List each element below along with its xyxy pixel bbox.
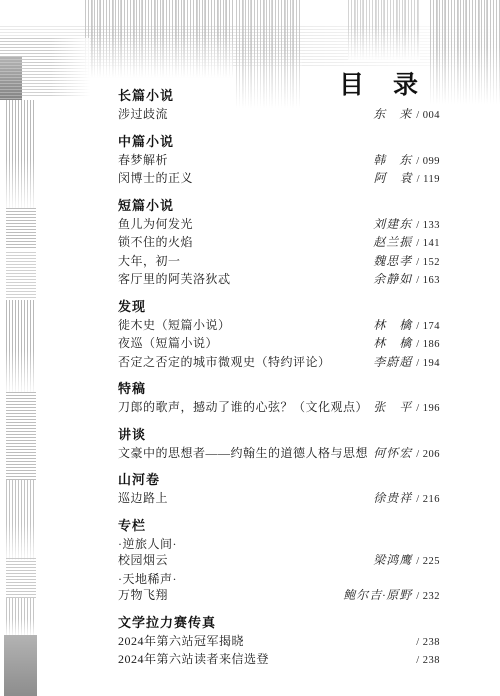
- toc-content: 长篇小说 涉过歧流 东 来 / 004 中篇小说 春梦解析 韩 东 / 099 …: [118, 87, 440, 678]
- brush-stroke-block: [6, 598, 36, 636]
- toc-section: 中篇小说 春梦解析 韩 东 / 099 闵博士的正义 阿 袁 / 119: [118, 133, 440, 189]
- entry-title: 锁不住的火焰: [118, 234, 193, 251]
- entry-page-number: / 216: [416, 494, 440, 505]
- entry-page-number: / 163: [416, 275, 440, 286]
- entry-title: 2024年第六站冠军揭晓: [118, 633, 244, 650]
- entry-page-number: / 238: [416, 637, 440, 648]
- toc-entry-row: 否定之否定的城市微观史（特约评论） 李蔚超 / 194: [118, 354, 440, 373]
- brush-stroke-block: [6, 480, 36, 560]
- toc-section: 专栏 ·逆旅人间· 校园烟云 梁鸿鹰 / 225 ·天地稀声· 万物飞翔 鲍尔吉…: [118, 517, 440, 606]
- entry-author: 阿 袁: [374, 171, 413, 185]
- section-header: 短篇小说: [118, 197, 440, 214]
- section-header: 文学拉力赛传真: [118, 614, 440, 631]
- toc-entry-row: 涉过歧流 东 来 / 004: [118, 106, 440, 125]
- toc-entry-row: 校园烟云 梁鸿鹰 / 225: [118, 552, 440, 571]
- toc-section: 山河卷 巡边路上 徐贵祥 / 216: [118, 471, 440, 509]
- entry-author-page: 李蔚超 / 194: [373, 354, 440, 373]
- entry-author-page: 林 檎 / 174: [373, 317, 440, 336]
- toc-entry-row: 大年，初一 魏思孝 / 152: [118, 253, 440, 272]
- toc-section: 讲谈 文豪中的思想者——约翰生的道德人格与思想 何怀宏 / 206: [118, 426, 440, 464]
- entry-author-page: / 238: [416, 651, 440, 670]
- entry-title: 文豪中的思想者——约翰生的道德人格与思想: [118, 445, 368, 462]
- entry-title: 鱼儿为何发光: [118, 216, 193, 233]
- entry-author: 魏思孝: [373, 254, 412, 268]
- section-header: 发现: [118, 298, 440, 315]
- entry-page-number: / 232: [416, 591, 440, 602]
- entry-title: ·逆旅人间·: [118, 536, 177, 553]
- entry-title: 客厅里的阿芙洛狄忒: [118, 271, 231, 288]
- entry-title: 夜巡（短篇小说）: [118, 335, 218, 352]
- section-entries: 徙木史（短篇小说） 林 檎 / 174 夜巡（短篇小说） 林 檎 / 186 否…: [118, 317, 440, 373]
- entry-author: 徐贵祥: [373, 491, 412, 505]
- section-header: 长篇小说: [118, 87, 440, 104]
- brush-stroke-cluster: [85, 0, 233, 78]
- brush-streak-block: [6, 558, 36, 600]
- section-entries: ·逆旅人间· 校园烟云 梁鸿鹰 / 225 ·天地稀声· 万物飞翔 鲍尔吉·原野…: [118, 536, 440, 606]
- section-entries: 2024年第六站冠军揭晓 / 238 2024年第六站读者来信选登 / 238: [118, 633, 440, 670]
- entry-title: 万物飞翔: [118, 587, 168, 604]
- entry-title: 闵博士的正义: [118, 170, 193, 187]
- entry-title: 2024年第六站读者来信选登: [118, 651, 269, 668]
- toc-entry-row: 客厅里的阿芙洛狄忒 余静如 / 163: [118, 271, 440, 290]
- entry-author: 李蔚超: [373, 355, 412, 369]
- toc-entry-row: 2024年第六站冠军揭晓 / 238: [118, 633, 440, 652]
- brush-streak-block: [6, 252, 36, 300]
- entry-author-page: / 238: [416, 633, 440, 652]
- entry-title: 涉过歧流: [118, 106, 168, 123]
- section-entries: 刀郎的歌声，撼动了谁的心弦？（文化观点） 张 平 / 196: [118, 399, 440, 418]
- entry-page-number: / 004: [416, 110, 440, 121]
- entry-title: 春梦解析: [118, 152, 168, 169]
- entry-author-page: 刘建东 / 133: [373, 216, 440, 235]
- section-header: 专栏: [118, 517, 440, 534]
- toc-entry-row: 夜巡（短篇小说） 林 檎 / 186: [118, 335, 440, 354]
- entry-author: 东 来: [373, 107, 412, 121]
- entry-author-page: 何怀宏 / 206: [373, 445, 440, 464]
- entry-title: 巡边路上: [118, 490, 168, 507]
- brush-stroke-block: [6, 100, 36, 208]
- entry-author-page: 张 平 / 196: [373, 399, 440, 418]
- toc-entry-row: 2024年第六站读者来信选登 / 238: [118, 651, 440, 670]
- gray-bar-bottom: [4, 635, 37, 696]
- entry-page-number: / 196: [416, 403, 440, 414]
- entry-page-number: / 119: [417, 174, 440, 185]
- entry-page-number: / 174: [416, 321, 440, 332]
- toc-entry-row: 文豪中的思想者——约翰生的道德人格与思想 何怀宏 / 206: [118, 445, 440, 464]
- entry-author: 余静如: [373, 272, 412, 286]
- toc-entry-row: 闵博士的正义 阿 袁 / 119: [118, 170, 440, 189]
- brush-stroke-block: [6, 300, 36, 392]
- entry-author: 梁鸿鹰: [373, 553, 412, 567]
- entry-author: 林 檎: [373, 318, 412, 332]
- entry-author: 韩 东: [373, 153, 412, 167]
- toc-section: 短篇小说 鱼儿为何发光 刘建东 / 133 锁不住的火焰 赵兰振 / 141 大…: [118, 197, 440, 290]
- brush-stroke-cluster: [430, 0, 500, 104]
- section-header: 讲谈: [118, 426, 440, 443]
- brush-streaks-top-left: [0, 38, 90, 98]
- section-header: 山河卷: [118, 471, 440, 488]
- entry-page-number: / 099: [416, 156, 440, 167]
- entry-title: 刀郎的歌声，撼动了谁的心弦？（文化观点）: [118, 399, 368, 416]
- toc-entry-row: 春梦解析 韩 东 / 099: [118, 152, 440, 171]
- entry-author: 张 平: [373, 400, 412, 414]
- magazine-toc-page: 目 录 长篇小说 涉过歧流 东 来 / 004 中篇小说 春梦解析 韩 东 / …: [0, 0, 500, 696]
- toc-entry-row: ·逆旅人间·: [118, 536, 440, 553]
- toc-section: 长篇小说 涉过歧流 东 来 / 004: [118, 87, 440, 125]
- entry-title: 徙木史（短篇小说）: [118, 317, 231, 334]
- brush-streak-block: [6, 392, 36, 480]
- entry-author: 林 檎: [373, 336, 412, 350]
- entry-author: 赵兰振: [373, 235, 412, 249]
- section-entries: 春梦解析 韩 东 / 099 闵博士的正义 阿 袁 / 119: [118, 152, 440, 189]
- toc-entry-row: ·天地稀声·: [118, 571, 440, 588]
- toc-entry-row: 鱼儿为何发光 刘建东 / 133: [118, 216, 440, 235]
- dark-corner-block: [0, 56, 22, 100]
- toc-entry-row: 徙木史（短篇小说） 林 檎 / 174: [118, 317, 440, 336]
- section-header: 特稿: [118, 380, 440, 397]
- entry-title: ·天地稀声·: [118, 571, 177, 588]
- entry-author-page: 阿 袁 / 119: [374, 170, 440, 189]
- entry-author-page: 林 檎 / 186: [373, 335, 440, 354]
- brush-stroke-cluster: [348, 0, 420, 60]
- entry-page-number: / 206: [416, 449, 440, 460]
- entry-page-number: / 194: [416, 358, 440, 369]
- entry-author-page: 余静如 / 163: [373, 271, 440, 290]
- section-entries: 鱼儿为何发光 刘建东 / 133 锁不住的火焰 赵兰振 / 141 大年，初一 …: [118, 216, 440, 290]
- entry-title: 否定之否定的城市微观史（特约评论）: [118, 354, 331, 371]
- entry-author: 何怀宏: [373, 446, 412, 460]
- section-entries: 涉过歧流 东 来 / 004: [118, 106, 440, 125]
- section-entries: 文豪中的思想者——约翰生的道德人格与思想 何怀宏 / 206: [118, 445, 440, 464]
- toc-entry-row: 刀郎的歌声，撼动了谁的心弦？（文化观点） 张 平 / 196: [118, 399, 440, 418]
- toc-section: 发现 徙木史（短篇小说） 林 檎 / 174 夜巡（短篇小说） 林 檎 / 18…: [118, 298, 440, 373]
- section-entries: 巡边路上 徐贵祥 / 216: [118, 490, 440, 509]
- entry-author: 刘建东: [373, 217, 412, 231]
- section-header: 中篇小说: [118, 133, 440, 150]
- entry-page-number: / 225: [416, 556, 440, 567]
- entry-page-number: / 141: [416, 238, 440, 249]
- entry-author-page: 鲍尔吉·原野 / 232: [343, 587, 440, 606]
- entry-page-number: / 133: [416, 220, 440, 231]
- entry-title: 校园烟云: [118, 552, 168, 569]
- entry-title: 大年，初一: [118, 253, 181, 270]
- entry-author-page: 魏思孝 / 152: [373, 253, 440, 272]
- toc-section: 文学拉力赛传真 2024年第六站冠军揭晓 / 238 2024年第六站读者来信选…: [118, 614, 440, 670]
- entry-page-number: / 152: [416, 257, 440, 268]
- entry-author-page: 徐贵祥 / 216: [373, 490, 440, 509]
- entry-author-page: 东 来 / 004: [373, 106, 440, 125]
- entry-author: 鲍尔吉·原野: [343, 588, 412, 602]
- toc-entry-row: 巡边路上 徐贵祥 / 216: [118, 490, 440, 509]
- entry-author-page: 赵兰振 / 141: [373, 234, 440, 253]
- toc-entry-row: 锁不住的火焰 赵兰振 / 141: [118, 234, 440, 253]
- toc-section: 特稿 刀郎的歌声，撼动了谁的心弦？（文化观点） 张 平 / 196: [118, 380, 440, 418]
- toc-entry-row: 万物飞翔 鲍尔吉·原野 / 232: [118, 587, 440, 606]
- brush-streaks-top-wide: [0, 26, 500, 68]
- brush-streak-block: [6, 208, 36, 248]
- entry-page-number: / 186: [416, 339, 440, 350]
- entry-author-page: 韩 东 / 099: [373, 152, 440, 171]
- entry-author-page: 梁鸿鹰 / 225: [373, 552, 440, 571]
- entry-page-number: / 238: [416, 655, 440, 666]
